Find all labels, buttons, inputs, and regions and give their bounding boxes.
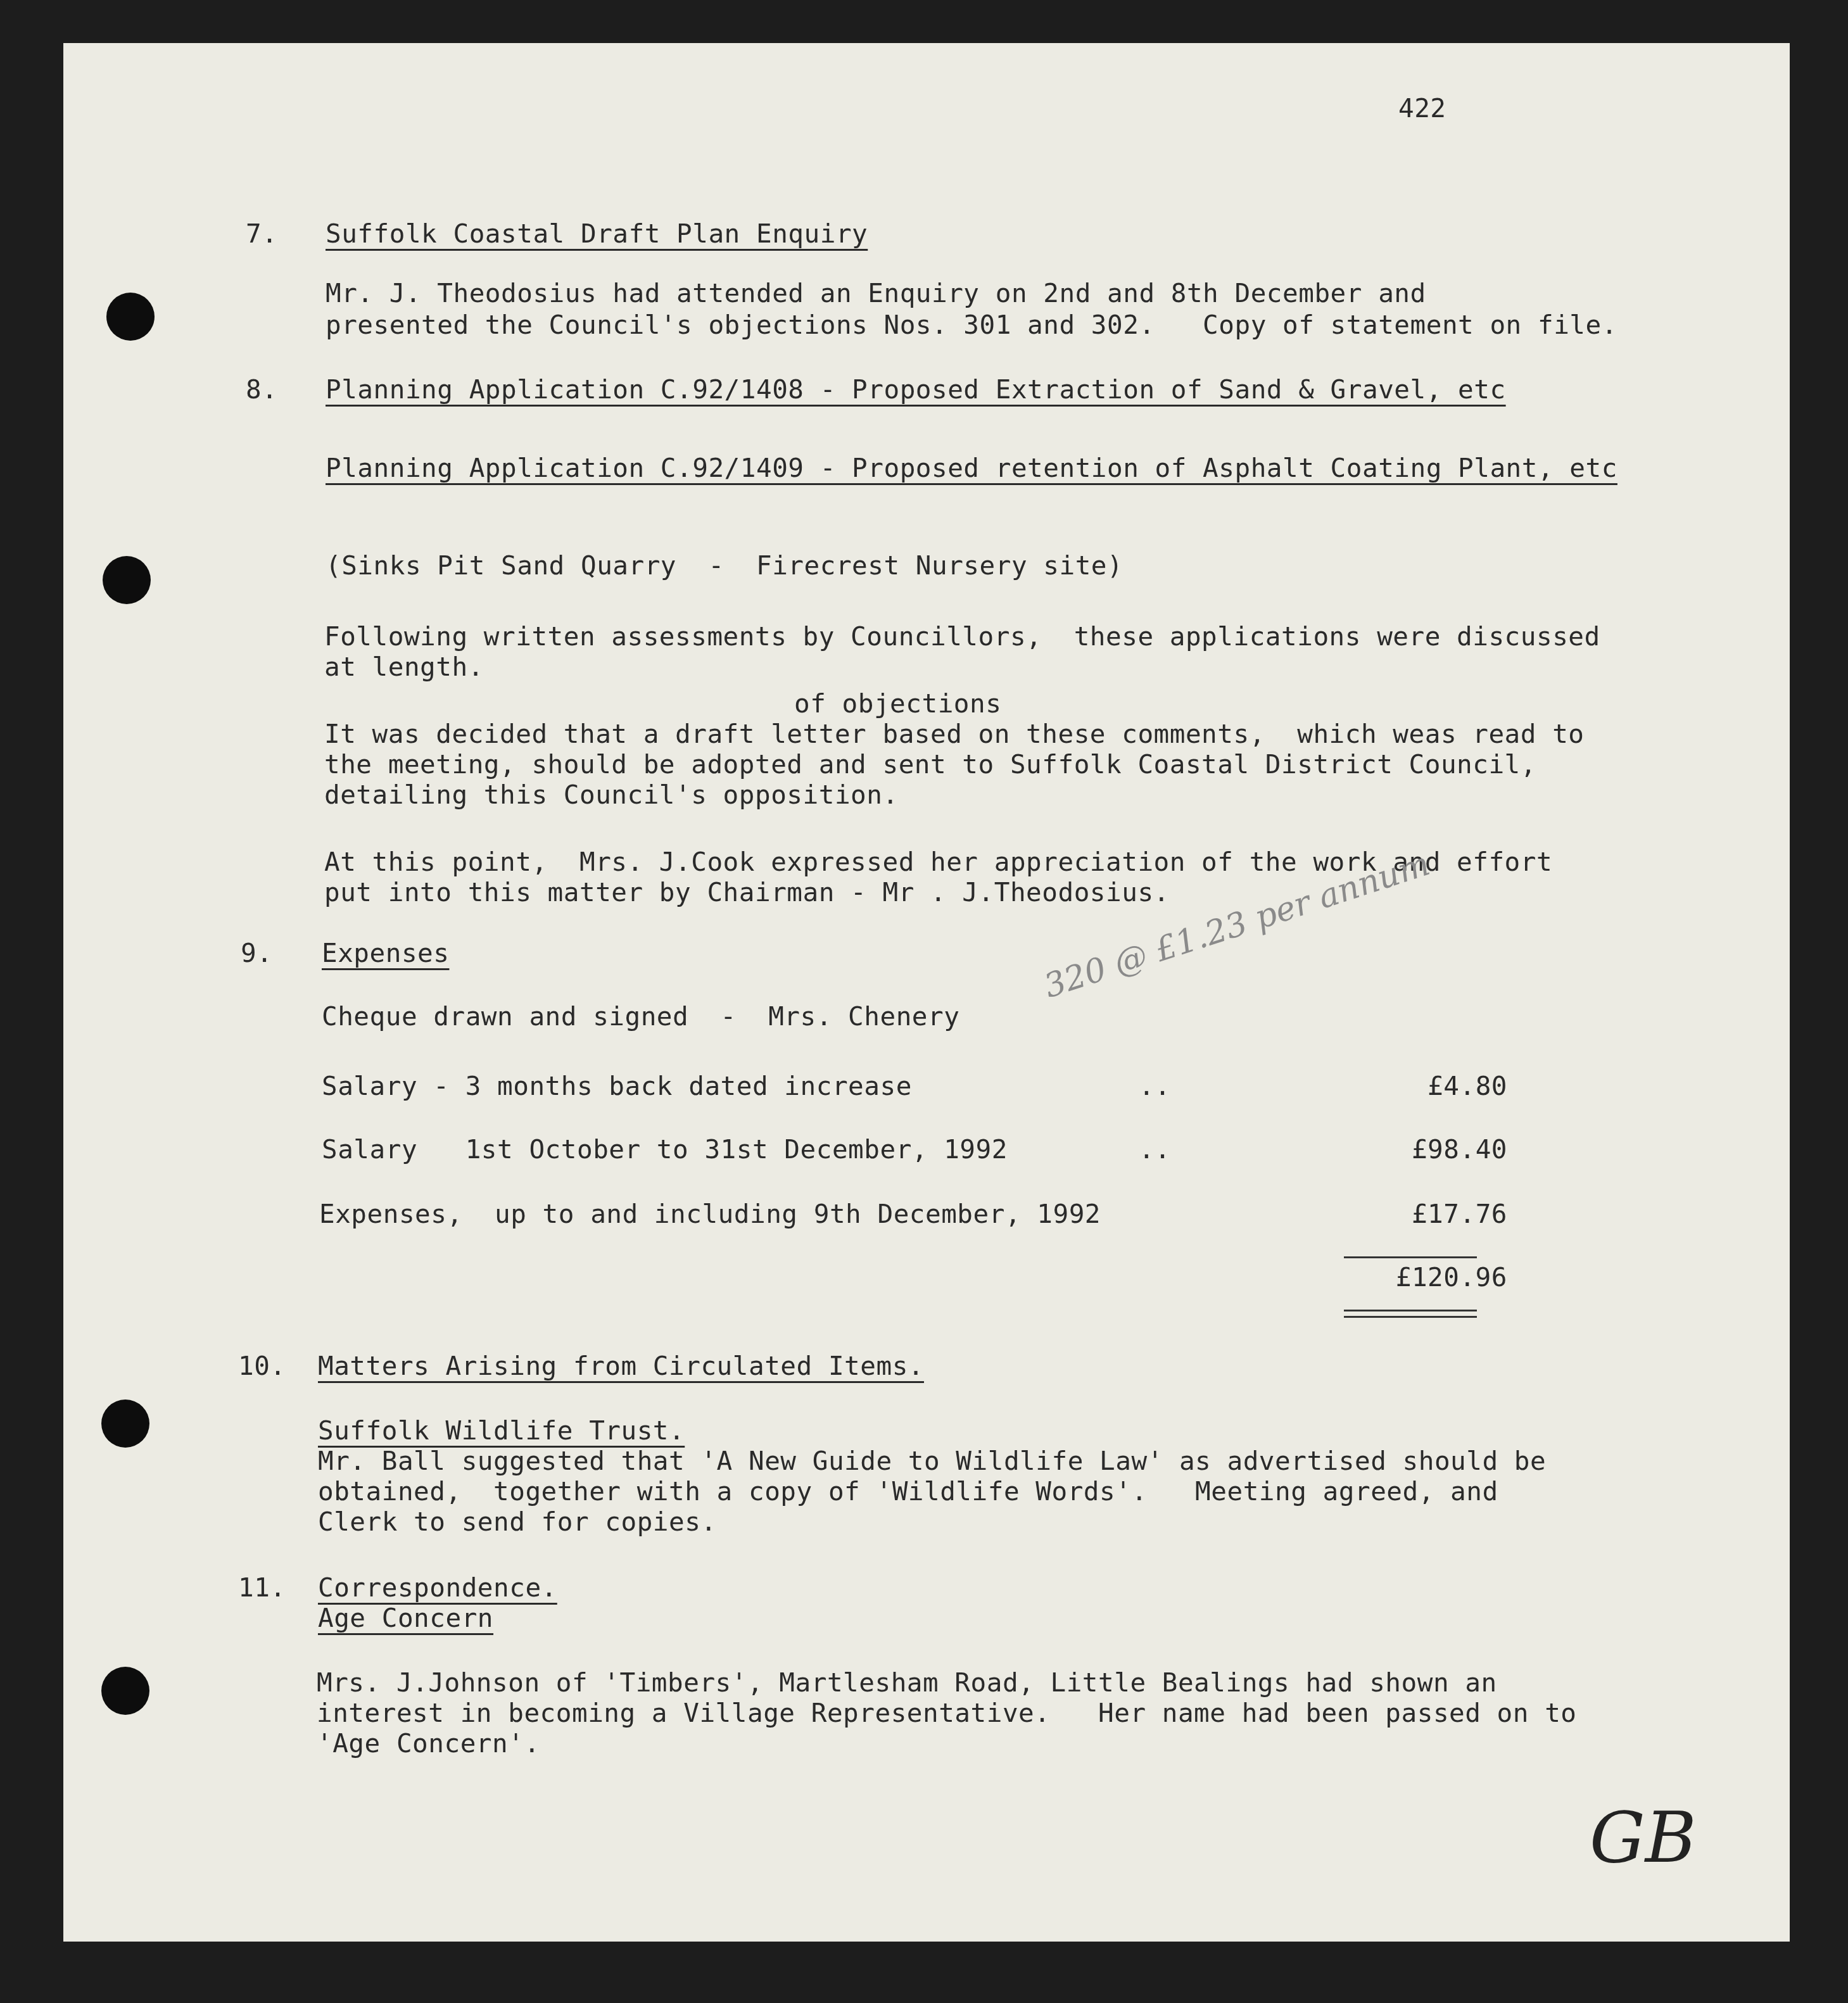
paragraph-line: Mrs. J.Johnson of 'Timbers', Martlesham …	[317, 1667, 1497, 1698]
page-number: 422	[1398, 92, 1446, 124]
expense-label: Salary - 3 months back dated increase	[322, 1070, 912, 1102]
cheque-line: Cheque drawn and signed - Mrs. Chenery	[322, 1001, 959, 1032]
expense-amount: £17.76	[1381, 1198, 1507, 1230]
total-double-rule	[1344, 1310, 1477, 1311]
paragraph-line: detailing this Council's opposition.	[324, 779, 899, 811]
expense-label: Salary 1st October to 31st December, 199…	[322, 1134, 1008, 1165]
section-number: 11.	[238, 1572, 286, 1603]
section-number: 8.	[246, 374, 277, 405]
expense-leader: ..	[1139, 1070, 1170, 1102]
punch-hole	[101, 1667, 149, 1715]
punch-hole	[106, 293, 155, 341]
section-heading: Planning Application C.92/1408 - Propose…	[326, 374, 1506, 405]
section-number: 10.	[238, 1350, 286, 1382]
expense-label: Expenses, up to and including 9th Decemb…	[319, 1198, 1101, 1230]
paragraph-line: 'Age Concern'.	[317, 1728, 540, 1759]
subtotal-rule	[1344, 1256, 1477, 1258]
expense-leader: ..	[1139, 1134, 1170, 1165]
paragraph-line: interest in becoming a Village Represent…	[317, 1697, 1577, 1729]
punch-hole	[103, 556, 151, 604]
handwritten-initials: GB	[1590, 1797, 1697, 1878]
section-heading: Planning Application C.92/1409 - Propose…	[326, 452, 1617, 484]
subheading: Age Concern	[318, 1602, 493, 1634]
paragraph-line: Mr. J. Theodosius had attended an Enquir…	[326, 277, 1426, 309]
paragraph-line: Mr. Ball suggested that 'A New Guide to …	[318, 1445, 1546, 1477]
section-heading: Correspondence.	[318, 1572, 557, 1603]
paragraph-line: the meeting, should be adopted and sent …	[324, 749, 1536, 780]
paragraph-line: Following written assessments by Council…	[324, 621, 1600, 652]
paragraph-line: presented the Council's objections Nos. …	[326, 309, 1617, 341]
typed-insertion: of objections	[794, 688, 1001, 719]
section-heading: Matters Arising from Circulated Items.	[318, 1350, 924, 1382]
subheading: Suffolk Wildlife Trust.	[318, 1415, 685, 1446]
section-number: 7.	[246, 218, 277, 250]
punch-hole	[101, 1400, 149, 1448]
site-line: (Sinks Pit Sand Quarry - Firecrest Nurse…	[326, 550, 1123, 581]
paragraph-line: Clerk to send for copies.	[318, 1506, 717, 1538]
paragraph-line: at length.	[324, 651, 484, 683]
expense-amount: £4.80	[1381, 1070, 1507, 1102]
expense-total: £120.96	[1355, 1261, 1507, 1293]
section-heading: Expenses	[322, 937, 449, 969]
total-double-rule	[1344, 1316, 1477, 1318]
paragraph-line: put into this matter by Chairman - Mr . …	[324, 876, 1170, 908]
paragraph-line: It was decided that a draft letter based…	[324, 718, 1585, 750]
section-number: 9.	[241, 937, 272, 969]
section-heading: Suffolk Coastal Draft Plan Enquiry	[326, 218, 868, 250]
expense-amount: £98.40	[1381, 1134, 1507, 1165]
document-page: 422 7. Suffolk Coastal Draft Plan Enquir…	[63, 43, 1790, 1942]
paragraph-line: obtained, together with a copy of 'Wildl…	[318, 1475, 1498, 1507]
